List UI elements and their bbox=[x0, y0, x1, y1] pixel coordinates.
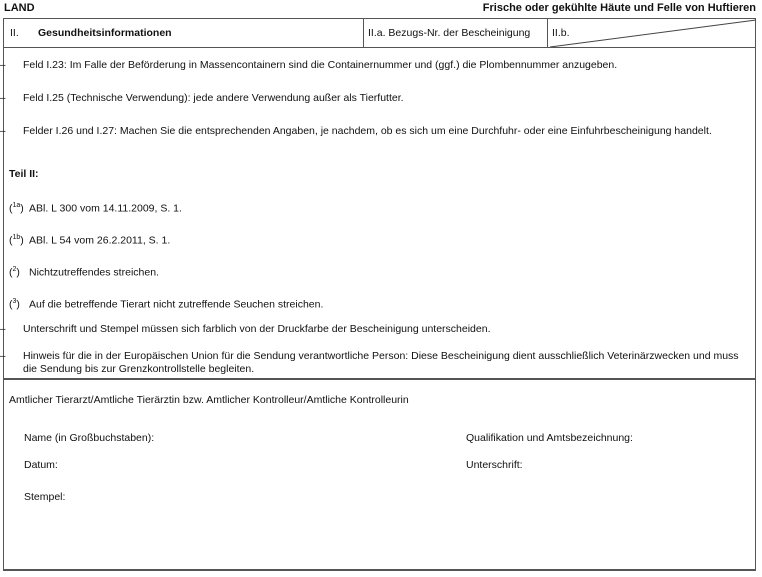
section-number: II. bbox=[10, 19, 19, 47]
diagonal-strike-line bbox=[548, 19, 758, 48]
footnote-1b: (1b)ABl. L 54 vom 26.2.2011, S. 1. bbox=[9, 231, 749, 248]
dash-bullet: — bbox=[9, 125, 23, 138]
dash-bullet: — bbox=[9, 350, 23, 363]
signature-field-label: Unterschrift: bbox=[466, 459, 523, 472]
qualification-field-label: Qualifikation und Amtsbezeichnung: bbox=[466, 432, 633, 445]
country-label: LAND bbox=[4, 2, 35, 14]
reference-b-field[interactable]: II.b. bbox=[547, 19, 755, 47]
reference-number-label: II.a. Bezugs-Nr. der Bescheinigung bbox=[368, 27, 530, 39]
dash-bullet: — bbox=[9, 59, 23, 72]
notes-box: —Feld I.23: Im Falle der Beförderung in … bbox=[3, 47, 756, 380]
dash-bullet: — bbox=[9, 323, 23, 336]
section-title: Gesundheitsinformationen bbox=[38, 19, 172, 47]
reference-number-field[interactable]: II.a. Bezugs-Nr. der Bescheinigung bbox=[363, 19, 548, 47]
date-field-label: Datum: bbox=[24, 459, 58, 472]
note-item: —Feld I.23: Im Falle der Beförderung in … bbox=[9, 59, 749, 72]
part2-heading: Teil II: bbox=[9, 168, 749, 181]
signature-heading: Amtlicher Tierarzt/Amtliche Tierärztin b… bbox=[9, 394, 409, 407]
signature-box: Amtlicher Tierarzt/Amtliche Tierärztin b… bbox=[3, 380, 756, 571]
name-field-label: Name (in Großbuchstaben): bbox=[24, 432, 154, 445]
note-item: —Felder I.26 und I.27: Machen Sie die en… bbox=[9, 125, 749, 138]
note-item: —Hinweis für die in der Europäischen Uni… bbox=[9, 350, 749, 376]
certificate-title: Frische oder gekühlte Häute und Felle vo… bbox=[483, 2, 756, 14]
section-header-row: II. Gesundheitsinformationen II.a. Bezug… bbox=[3, 18, 756, 47]
footnote-2: (2)Nichtzutreffendes streichen. bbox=[9, 263, 749, 280]
footnote-3: (3)Auf die betreffende Tierart nicht zut… bbox=[9, 295, 749, 312]
note-item: —Unterschrift und Stempel müssen sich fa… bbox=[9, 323, 749, 336]
stamp-field-label: Stempel: bbox=[24, 491, 65, 504]
note-item: —Feld I.25 (Technische Verwendung): jede… bbox=[9, 92, 749, 105]
dash-bullet: — bbox=[9, 92, 23, 105]
footnote-1a: (1a)ABl. L 300 vom 14.11.2009, S. 1. bbox=[9, 199, 749, 216]
